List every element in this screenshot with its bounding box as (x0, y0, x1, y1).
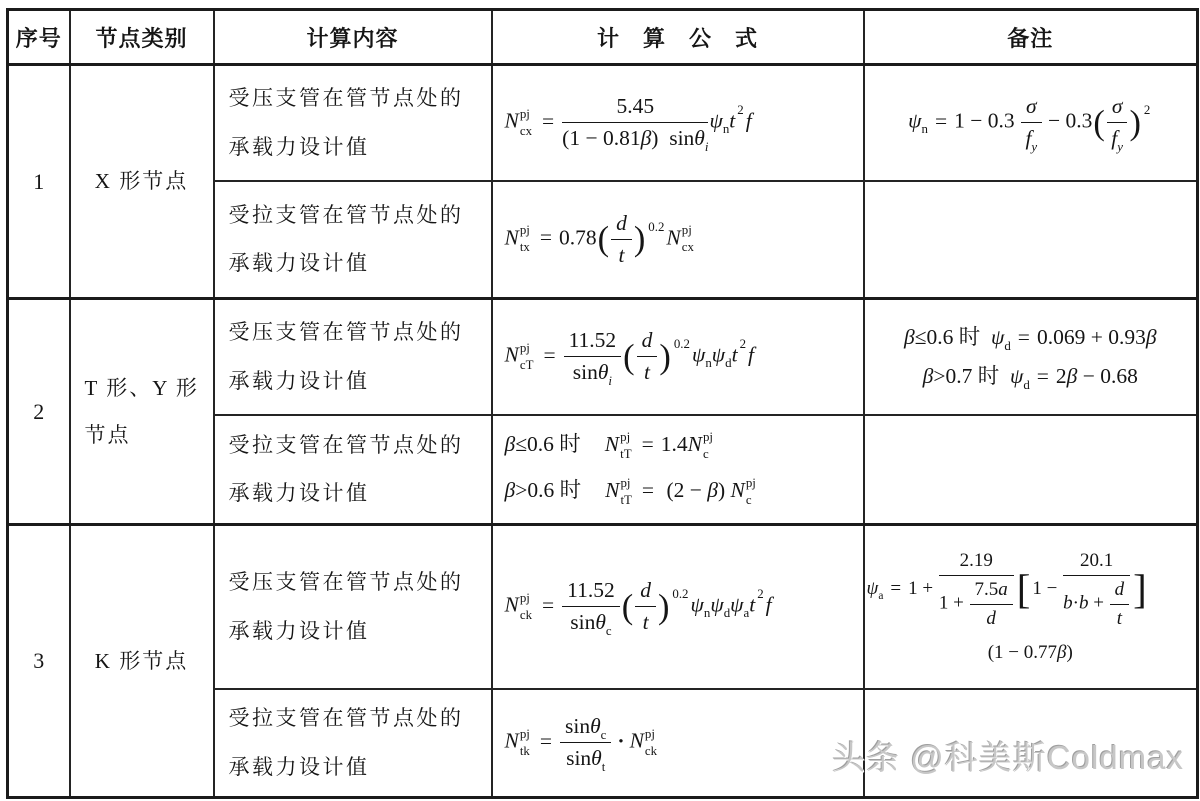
row1a-remark: ψn=1 − 0.3 σfy − 0.3(σfy)2 (864, 65, 1198, 181)
row3-number: 3 (8, 525, 70, 798)
row3a-formula: Npjck=11.52sinθc(dt)0.2ψnψdψat2f (492, 525, 864, 689)
col-header-serial: 序号 (8, 10, 70, 65)
row1b-content: 受拉支管在管节点处的承载力设计值 (214, 181, 492, 299)
col-header-content: 计算内容 (214, 10, 492, 65)
table-row: 3 K 形节点 受压支管在管节点处的承载力设计值 Npjck=11.52sinθ… (8, 525, 1198, 689)
row1-category: X 形节点 (70, 65, 214, 299)
row1a-content: 受压支管在管节点处的承载力设计值 (214, 65, 492, 181)
row2a-content: 受压支管在管节点处的承载力设计值 (214, 299, 492, 415)
row3a-remark: ψa=1 + 2.191 + 7.5ad[1 − 20.1b·b + dt](1… (864, 525, 1198, 689)
row2a-formula: NpjcT=11.52sinθi(dt)0.2ψnψdt2f (492, 299, 864, 415)
table-row: 1 X 形节点 受压支管在管节点处的承载力设计值 Npjcx=5.45(1 − … (8, 65, 1198, 181)
col-header-remark: 备注 (864, 10, 1198, 65)
row2a-remark: β≤0.6 时 ψd=0.069 + 0.93ββ>0.7 时 ψd=2β − … (864, 299, 1198, 415)
header-row: 序号 节点类别 计算内容 计 算 公 式 备注 (8, 10, 1198, 65)
col-header-formula: 计 算 公 式 (492, 10, 864, 65)
row1b-remark (864, 181, 1198, 299)
row3b-formula: Npjtk=sinθcsinθt·Npjck (492, 689, 864, 798)
row1-number: 1 (8, 65, 70, 299)
row2b-remark (864, 415, 1198, 525)
row3-category: K 形节点 (70, 525, 214, 798)
table-row: 2 T 形、Y 形节点 受压支管在管节点处的承载力设计值 NpjcT=11.52… (8, 299, 1198, 415)
row2b-content: 受拉支管在管节点处的承载力设计值 (214, 415, 492, 525)
row3a-content: 受压支管在管节点处的承载力设计值 (214, 525, 492, 689)
row3b-content: 受拉支管在管节点处的承载力设计值 (214, 689, 492, 798)
col-header-category: 节点类别 (70, 10, 214, 65)
watermark: 头条 @科美斯Coldmax (832, 732, 1184, 779)
row1a-formula: Npjcx=5.45(1 − 0.81β) sinθiψnt2f (492, 65, 864, 181)
row1b-formula: Npjtx=0.78(dt)0.2Npjcx (492, 181, 864, 299)
row2-number: 2 (8, 299, 70, 525)
document-page: 序号 节点类别 计算内容 计 算 公 式 备注 1 X 形节点 受压支管在管节点… (0, 0, 1200, 801)
row2-category: T 形、Y 形节点 (70, 299, 214, 525)
row2b-formula: β≤0.6 时NpjtT=1.4Npjcβ>0.6 时NpjtT= (2 − β… (492, 415, 864, 525)
joint-capacity-table: 序号 节点类别 计算内容 计 算 公 式 备注 1 X 形节点 受压支管在管节点… (6, 8, 1199, 799)
